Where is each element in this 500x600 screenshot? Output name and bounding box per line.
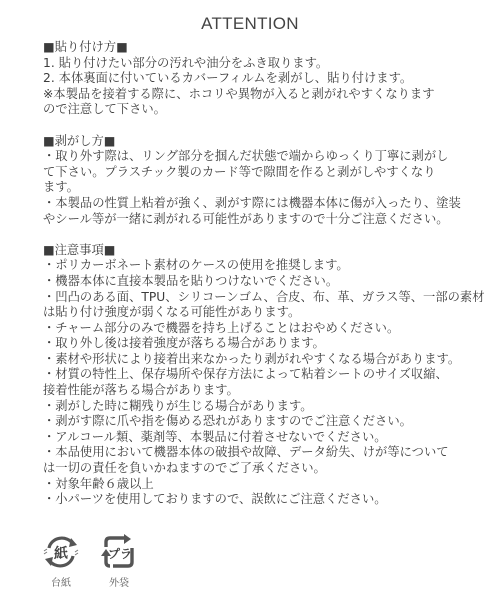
- text-line: ます。: [43, 180, 463, 196]
- text-line: ・小パーツを使用しておりますので、誤飲にご注意ください。: [43, 492, 463, 508]
- text-line: ・材質の特性上、保存場所や保存方法によって粘着シートのサイズ収縮、: [43, 367, 463, 383]
- text-line: 1. 貼り付けたい部分の汚れや油分をふき取ります。: [43, 56, 463, 72]
- text-line: ・取り外す際は、リング部分を掴んだ状態で端からゆっくり丁寧に剥がし: [43, 149, 463, 165]
- text-line: ・凹凸のある面、TPU、シリコーンゴム、合皮、布、革、ガラス等、一部の素材: [43, 290, 463, 306]
- svg-text:プラ: プラ: [108, 546, 132, 561]
- recycle-marks: 紙 台紙 プラ 外袋: [38, 534, 142, 589]
- section-application: ■貼り付け方■ 1. 貼り付けたい部分の汚れや油分をふき取ります。 2. 本体裏…: [43, 40, 463, 118]
- text-line: ※本製品を接着する際に、ホコリや異物が入ると剥がれやすくなります: [43, 87, 463, 103]
- paper-recycle-label: 台紙: [51, 574, 71, 589]
- section-heading: ■注意事項■: [43, 243, 463, 259]
- plastic-recycle-label: 外袋: [109, 574, 129, 589]
- instructions-body: ■貼り付け方■ 1. 貼り付けたい部分の汚れや油分をふき取ります。 2. 本体裏…: [43, 40, 463, 523]
- plastic-recycle-mark: プラ 外袋: [96, 534, 142, 589]
- text-line: ・本製品の性質上粘着が強く、剥がす際には機器本体に傷が入ったり、塗装: [43, 196, 463, 212]
- text-line: 2. 本体裏面に付いているカバーフィルムを剥がし、貼り付けます。: [43, 71, 463, 87]
- svg-text:紙: 紙: [53, 545, 68, 562]
- text-line: 接着性能が落ちる場合があります。: [43, 383, 463, 399]
- text-line: ・機器本体に直接本製品を貼りつけないでください。: [43, 274, 463, 290]
- text-line: やシール等が一緒に剥がれる可能性がありますので十分ご注意ください。: [43, 212, 463, 228]
- plastic-recycle-icon: プラ: [99, 534, 139, 570]
- page-title: ATTENTION: [0, 14, 500, 34]
- paper-recycle-icon: 紙: [41, 534, 81, 570]
- section-cautions: ■注意事項■ ・ポリカーボネート素材のケースの使用を推奨します。 ・機器本体に直…: [43, 243, 463, 508]
- text-line: ・剥がす際に爪や指を傷める恐れがありますのでご注意ください。: [43, 414, 463, 430]
- text-line: ・取り外し後は接着強度が落ちる場合があります。: [43, 336, 463, 352]
- text-line: ・剥がした時に糊残りが生じる場合があります。: [43, 399, 463, 415]
- text-line: ・素材や形状により接着出来なかったり剥がれやすくなる場合があります。: [43, 352, 463, 368]
- text-line: は一切の責任を負いかねますのでご了承ください。: [43, 461, 463, 477]
- text-line: ので注意して下さい。: [43, 102, 463, 118]
- paper-recycle-mark: 紙 台紙: [38, 534, 84, 589]
- section-heading: ■剥がし方■: [43, 134, 463, 150]
- section-removal: ■剥がし方■ ・取り外す際は、リング部分を掴んだ状態で端からゆっくり丁寧に剥がし…: [43, 134, 463, 228]
- section-heading: ■貼り付け方■: [43, 40, 463, 56]
- text-line: ・対象年齢６歳以上: [43, 477, 463, 493]
- text-line: ・アルコール類、薬剤等、本製品に付着させないでください。: [43, 430, 463, 446]
- text-line: ・本品使用において機器本体の破損や故障、データ紛失、けが等について: [43, 445, 463, 461]
- text-line: は貼り付け強度が弱くなる可能性があります。: [43, 305, 463, 321]
- text-line: て下さい。プラスチック製のカード等で隙間を作ると剥がしやすくなり: [43, 165, 463, 181]
- text-line: ・ポリカーボネート素材のケースの使用を推奨します。: [43, 258, 463, 274]
- text-line: ・チャーム部分のみで機器を持ち上げることはおやめください。: [43, 321, 463, 337]
